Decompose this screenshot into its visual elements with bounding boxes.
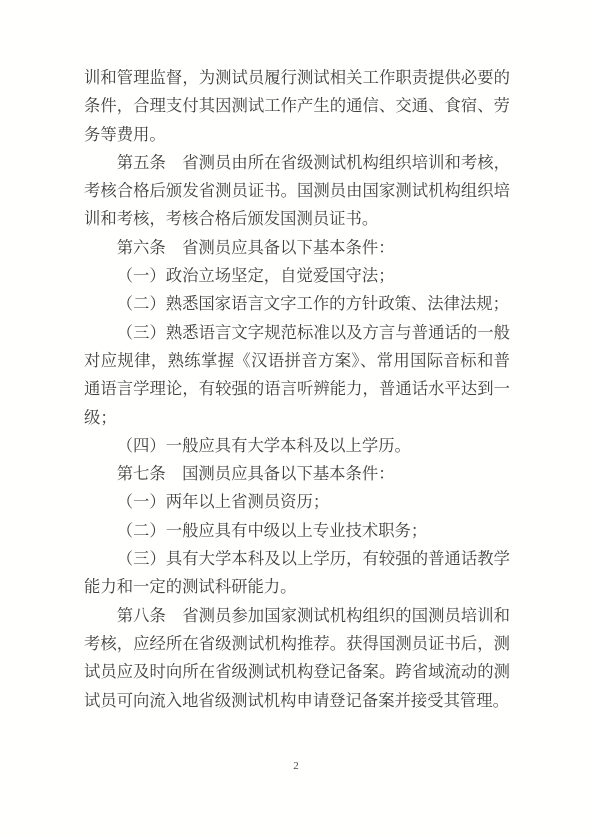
- text-paragraph: （三）具有大学本科及以上学历，有较强的普通话教学能力和一定的测试科研能力。: [84, 545, 510, 602]
- text-paragraph: 训和管理监督，为测试员履行测试相关工作职责提供必要的条件，合理支付其因测试工作产…: [84, 64, 510, 149]
- text-paragraph: （三）熟悉语言文字规范标准以及方言与普通话的一般对应规律，熟练掌握《汉语拼音方案…: [84, 319, 510, 432]
- text-paragraph: （二）一般应具有中级以上专业技术职务；: [84, 517, 510, 545]
- text-paragraph: 第七条 国测员应具备以下基本条件：: [84, 460, 510, 488]
- page-number: 2: [0, 760, 592, 772]
- document-page: 训和管理监督，为测试员履行测试相关工作职责提供必要的条件，合理支付其因测试工作产…: [0, 0, 592, 837]
- text-paragraph: 第五条 省测员由所在省级测试机构组织培训和考核，考核合格后颁发省测员证书。国测员…: [84, 149, 510, 234]
- body-text: 训和管理监督，为测试员履行测试相关工作职责提供必要的条件，合理支付其因测试工作产…: [84, 64, 510, 715]
- text-paragraph: （二）熟悉国家语言文字工作的方针政策、法律法规；: [84, 290, 510, 318]
- text-paragraph: 第八条 省测员参加国家测试机构组织的国测员培训和考核，应经所在省级测试机构推荐。…: [84, 602, 510, 715]
- text-paragraph: （一）两年以上省测员资历；: [84, 488, 510, 516]
- text-paragraph: （一）政治立场坚定，自觉爱国守法；: [84, 262, 510, 290]
- text-paragraph: 第六条 省测员应具备以下基本条件：: [84, 234, 510, 262]
- text-paragraph: （四）一般应具有大学本科及以上学历。: [84, 432, 510, 460]
